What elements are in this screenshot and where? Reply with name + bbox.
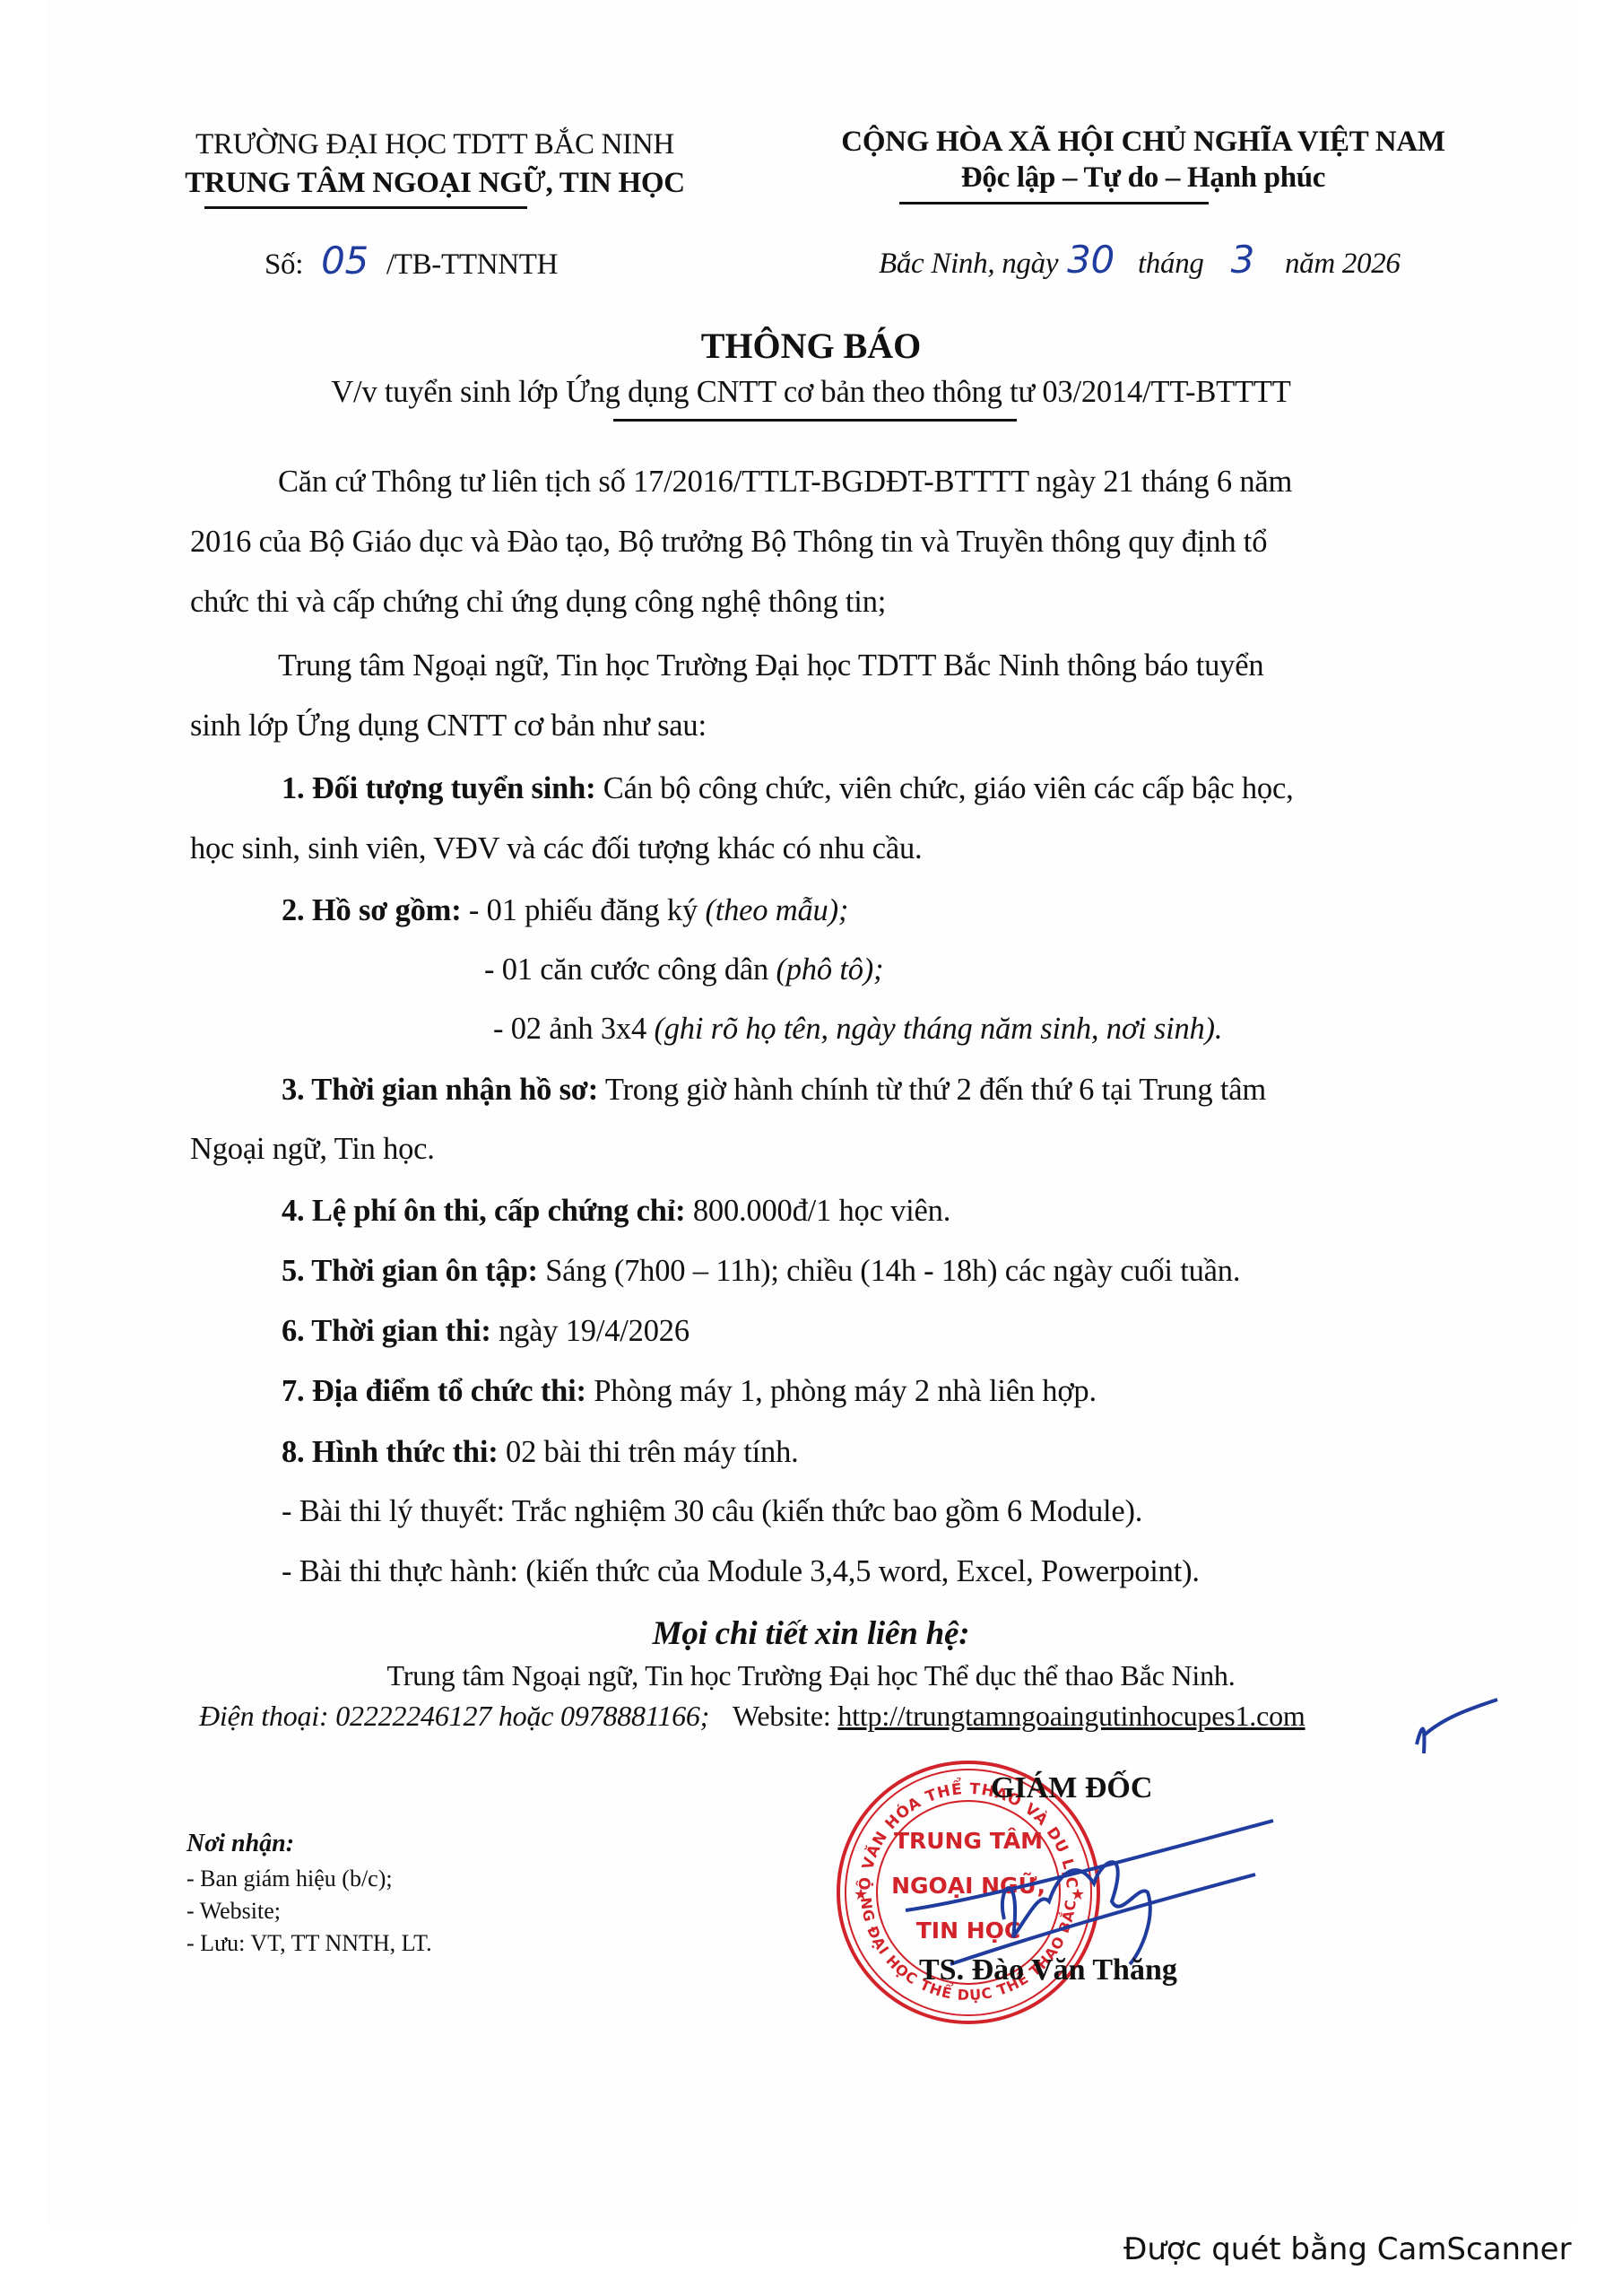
- school-name: TRƯỜNG ĐẠI HỌC TDTT BẮC NINH: [166, 128, 704, 161]
- doc-requirement-2-note: (phô tô);: [776, 952, 883, 987]
- initials-mark: [1408, 1691, 1506, 1762]
- item-1-cont: học sinh, sinh viên, VĐV và các đối tượn…: [190, 831, 922, 866]
- signer-title: GIÁM ĐỐC: [991, 1771, 1152, 1805]
- para1-line1: Căn cứ Thông tư liên tịch số 17/2016/TTL…: [278, 465, 1292, 500]
- item-7-text: Phòng máy 1, phòng máy 2 nhà liên hợp.: [586, 1374, 1097, 1408]
- item-7-label: 7. Địa điểm tổ chức thi:: [282, 1374, 586, 1408]
- doc-number-label: Số:: [265, 248, 303, 281]
- contact-line: Điện thoại: 02222246127 hoặc 0978881166;…: [199, 1700, 1305, 1733]
- item-2-note: (theo mẫu);: [705, 893, 848, 927]
- doc-requirement-3: - 02 ảnh 3x4 (ghi rõ họ tên, ngày tháng …: [493, 1012, 1222, 1047]
- para2-line1: Trung tâm Ngoại ngữ, Tin học Trường Đại …: [278, 648, 1263, 683]
- website-link[interactable]: http://trungtamngoaingutinhocupes1.com: [837, 1700, 1305, 1732]
- item-4: 4. Lệ phí ôn thi, cấp chứng chỉ: 800.000…: [282, 1194, 950, 1229]
- center-name-underline: [204, 206, 527, 209]
- doc-number-suffix: /TB-TTNNTH: [386, 248, 558, 281]
- item-7: 7. Địa điểm tổ chức thi: Phòng máy 1, ph…: [282, 1374, 1097, 1409]
- contact-phone: Điện thoại: 02222246127 hoặc 0978881166;: [199, 1700, 709, 1732]
- motto-underline: [899, 202, 1209, 204]
- recipients-heading: Nơi nhận:: [186, 1830, 294, 1858]
- center-name: TRUNG TÂM NGOẠI NGỮ, TIN HỌC: [157, 167, 713, 200]
- item-6-text: ngày 19/4/2026: [491, 1314, 690, 1348]
- document-title: THÔNG BÁO: [0, 325, 1622, 367]
- exam-practice: - Bài thi thực hành: (kiến thức của Modu…: [282, 1554, 1200, 1589]
- para1-line3: chức thi và cấp chứng chỉ ứng dụng công …: [190, 585, 886, 620]
- doc-requirement-3-text: - 02 ảnh 3x4: [493, 1012, 654, 1046]
- item-2: 2. Hồ sơ gồm: - 01 phiếu đăng ký (theo m…: [282, 893, 848, 928]
- website-label: Website:: [733, 1700, 831, 1732]
- item-5: 5. Thời gian ôn tập: Sáng (7h00 – 11h); …: [282, 1254, 1240, 1289]
- item-3-label: 3. Thời gian nhận hồ sơ:: [282, 1073, 598, 1107]
- national-title: CỘNG HÒA XÃ HỘI CHỦ NGHĨA VIỆT NAM: [811, 126, 1475, 159]
- item-3-cont: Ngoại ngữ, Tin học.: [190, 1132, 435, 1167]
- date-day-handwritten: 30: [1067, 238, 1115, 282]
- national-motto: Độc lập – Tự do – Hạnh phúc: [811, 161, 1475, 195]
- item-2-label: 2. Hồ sơ gồm:: [282, 893, 462, 927]
- doc-number-handwritten: 05: [321, 239, 369, 283]
- contact-heading: Mọi chi tiết xin liên hệ:: [0, 1614, 1622, 1653]
- recipient-2: - Website;: [186, 1898, 281, 1925]
- item-8-label: 8. Hình thức thi:: [282, 1435, 499, 1469]
- item-6-label: 6. Thời gian thi:: [282, 1314, 491, 1348]
- date-prefix: Bắc Ninh, ngày: [879, 248, 1058, 280]
- subtitle-underline: [613, 419, 1017, 422]
- item-1-text: Cán bộ công chức, viên chức, giáo viên c…: [595, 771, 1293, 805]
- item-6: 6. Thời gian thi: ngày 19/4/2026: [282, 1314, 690, 1349]
- item-8: 8. Hình thức thi: 02 bài thi trên máy tí…: [282, 1435, 799, 1470]
- item-1-label: 1. Đối tượng tuyển sinh:: [282, 771, 595, 805]
- contact-org: Trung tâm Ngoại ngữ, Tin học Trường Đại …: [0, 1659, 1622, 1692]
- item-5-text: Sáng (7h00 – 11h); chiều (14h - 18h) các…: [538, 1254, 1240, 1288]
- doc-requirement-2-text: - 01 căn cước công dân: [484, 952, 776, 987]
- signer-name: TS. Đào Văn Thăng: [919, 1953, 1177, 1987]
- item-2-text: - 01 phiếu đăng ký: [462, 893, 706, 927]
- item-8-text: 02 bài thi trên máy tính.: [499, 1435, 799, 1469]
- doc-requirement-2: - 01 căn cước công dân (phô tô);: [484, 952, 883, 987]
- date-month-label: tháng: [1138, 248, 1204, 280]
- recipient-3: - Lưu: VT, TT NNTH, LT.: [186, 1930, 432, 1957]
- exam-theory: - Bài thi lý thuyết: Trắc nghiệm 30 câu …: [282, 1494, 1142, 1529]
- item-1: 1. Đối tượng tuyển sinh: Cán bộ công chứ…: [282, 771, 1294, 806]
- date-month-handwritten: 3: [1231, 238, 1254, 282]
- date-year: năm 2026: [1285, 248, 1401, 280]
- item-5-label: 5. Thời gian ôn tập:: [282, 1254, 538, 1288]
- doc-number: Số: 05 /TB-TTNNTH: [265, 239, 558, 283]
- item-3-text: Trong giờ hành chính từ thứ 2 đến thứ 6 …: [598, 1073, 1266, 1107]
- recipient-1: - Ban giám hiệu (b/c);: [186, 1865, 393, 1892]
- item-4-label: 4. Lệ phí ôn thi, cấp chứng chỉ:: [282, 1194, 685, 1228]
- document-subtitle: V/v tuyển sinh lớp Ứng dụng CNTT cơ bản …: [0, 375, 1622, 410]
- para2-line2: sinh lớp Ứng dụng CNTT cơ bản như sau:: [190, 709, 707, 744]
- para1-line2: 2016 của Bộ Giáo dục và Đào tạo, Bộ trưở…: [190, 525, 1267, 560]
- place-date: Bắc Ninh, ngày 30 tháng 3 năm 2026: [879, 238, 1401, 282]
- item-4-text: 800.000đ/1 học viên.: [685, 1194, 950, 1228]
- camscanner-watermark: Được quét bằng CamScanner: [1123, 2231, 1572, 2267]
- item-3: 3. Thời gian nhận hồ sơ: Trong giờ hành …: [282, 1073, 1266, 1108]
- doc-requirement-3-note: (ghi rõ họ tên, ngày tháng năm sinh, nơi…: [654, 1012, 1222, 1046]
